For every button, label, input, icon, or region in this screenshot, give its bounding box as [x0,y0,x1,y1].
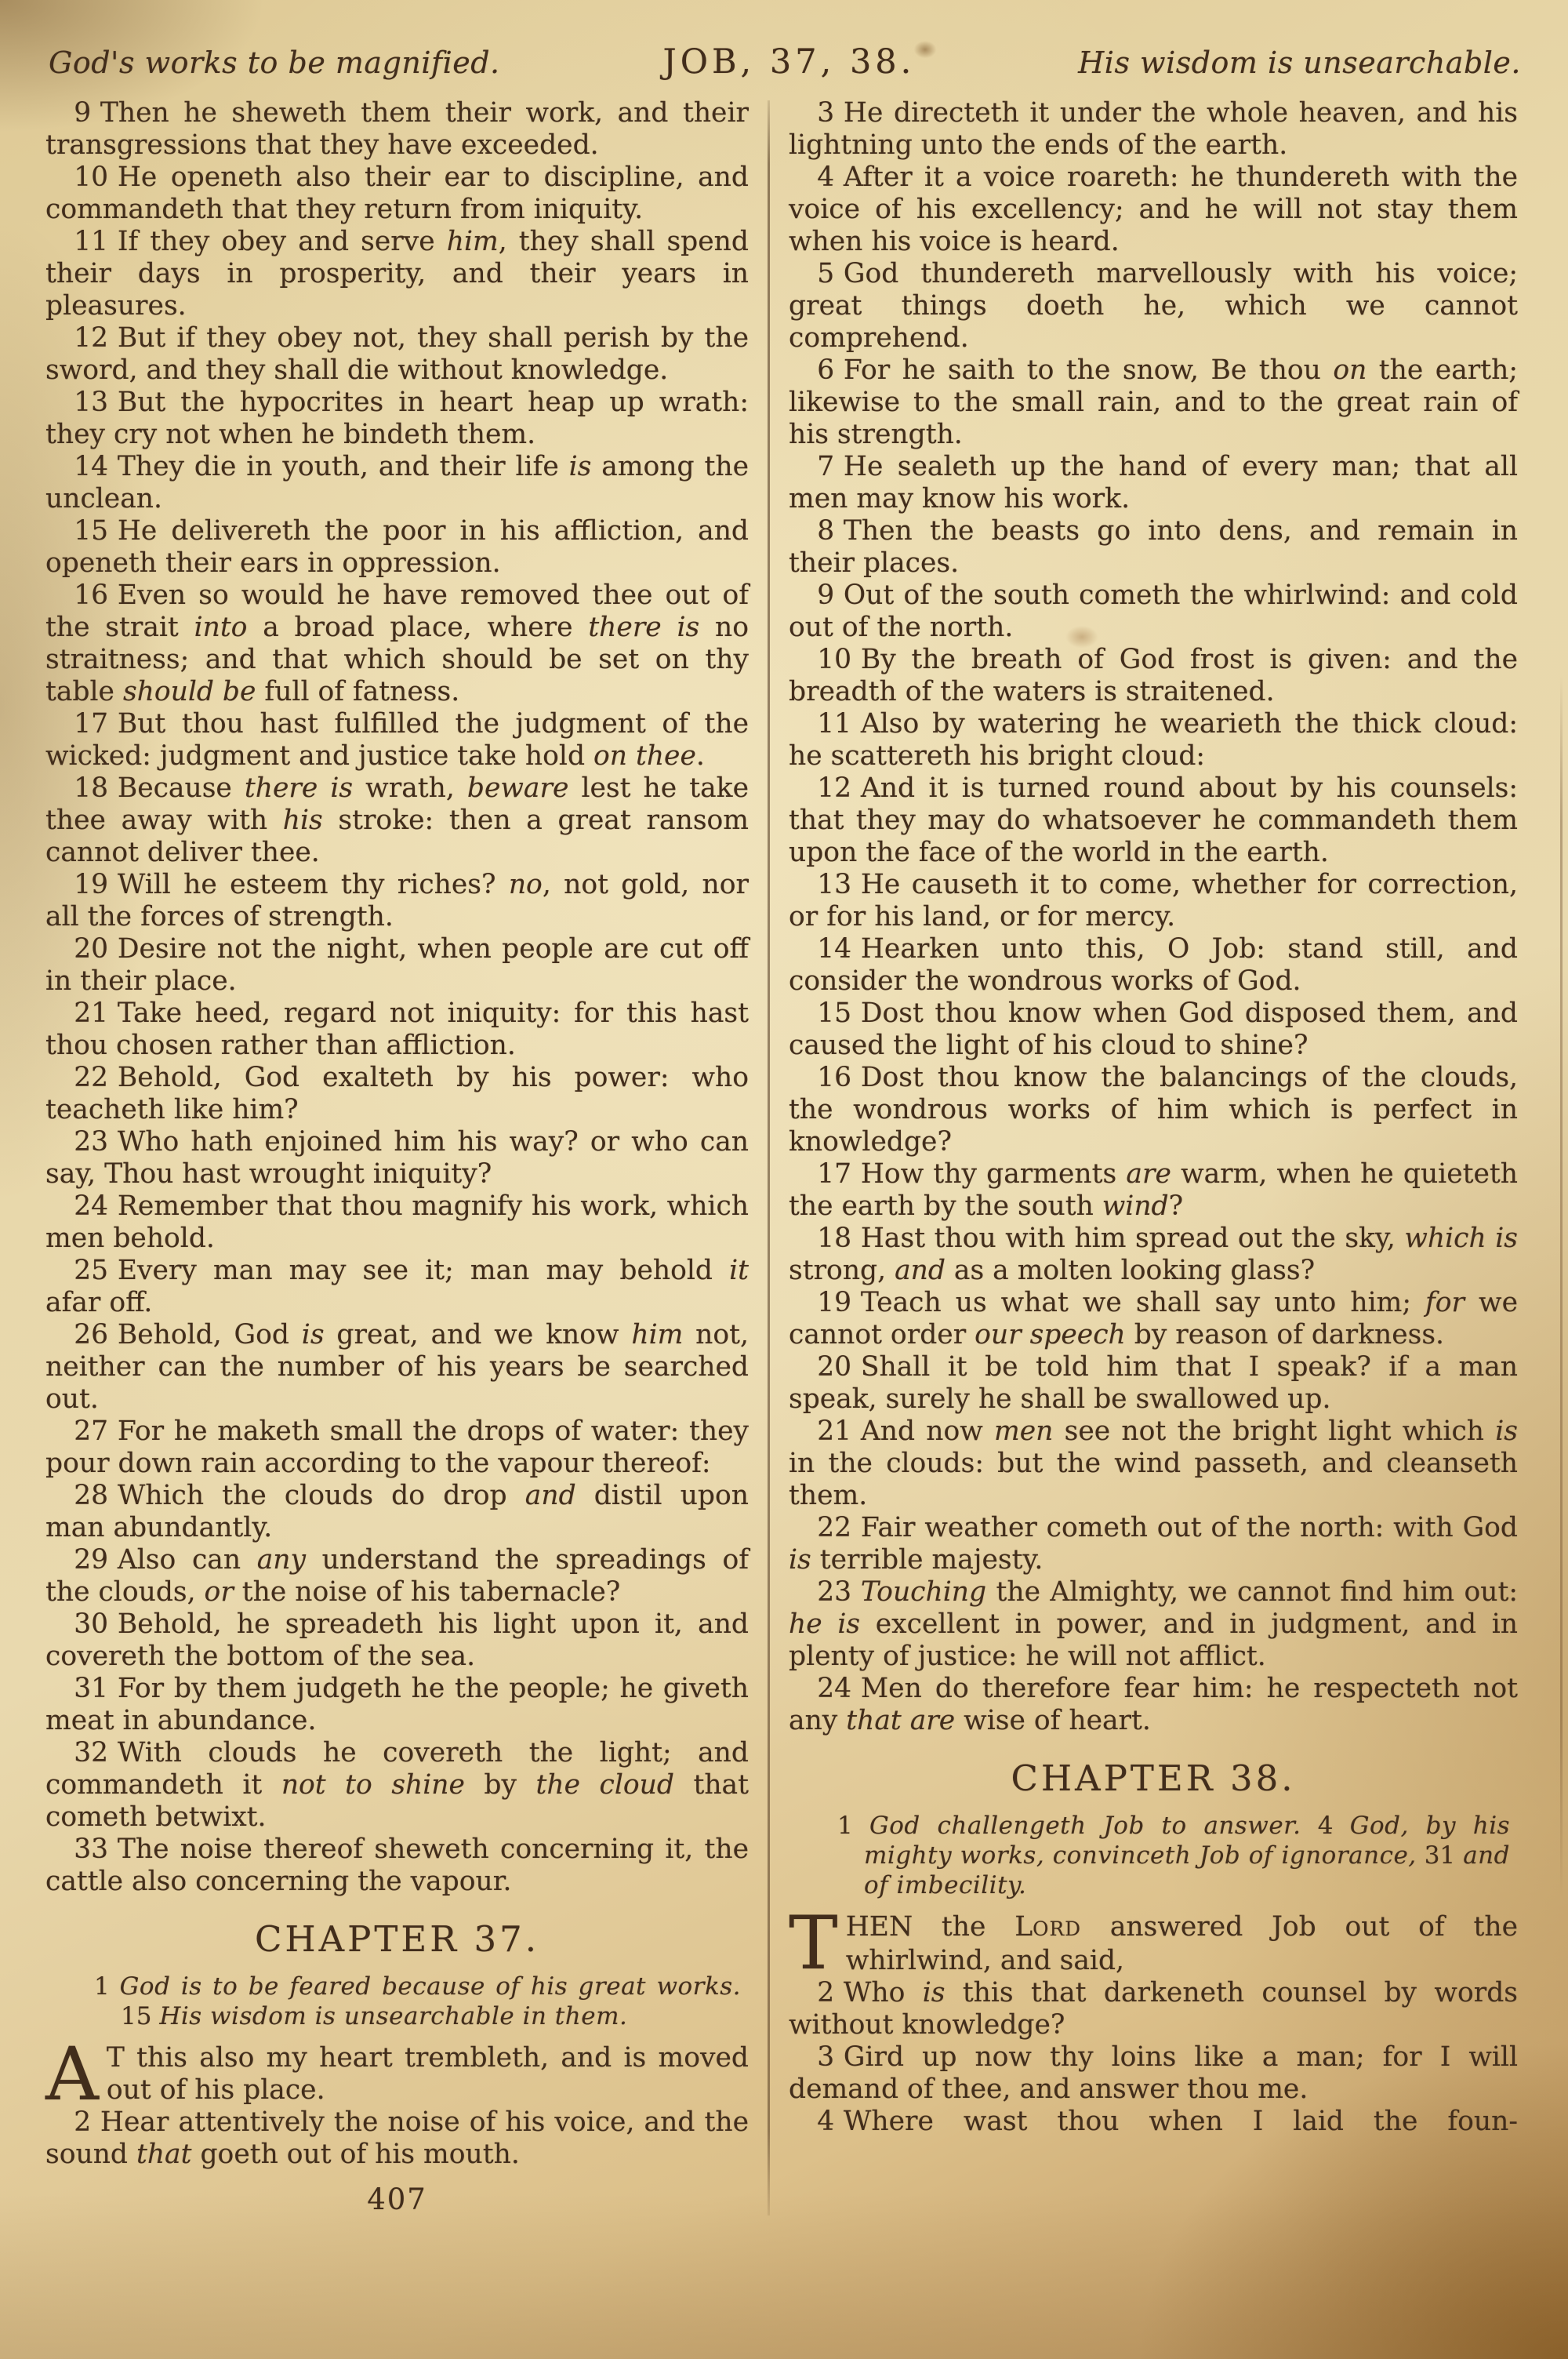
verse-text: The noise thereof sheweth concerning it,… [45,1834,749,1897]
verse-number: 28 [74,1480,108,1511]
verse-number: 3 [817,97,834,129]
verse: 19Teach us what we shall say unto him; f… [789,1287,1518,1351]
verse-number: 22 [74,1062,108,1093]
verse: 4Where wast thou when I laid the foun- [789,2106,1518,2138]
verse: 6For he saith to the snow, Be thou on th… [789,354,1518,451]
verse-number: 14 [817,933,851,965]
verse: 5God thundereth marvellously with his vo… [789,258,1518,354]
verse: 28Which the clouds do drop and distil up… [45,1480,749,1544]
verse: 19Will he esteem thy riches? no, not gol… [45,869,749,933]
verse: 24Men do therefore fear him: he respecte… [789,1673,1518,1737]
verse-text: He sealeth up the hand of every man; tha… [789,451,1518,514]
verse-number: 2 [817,1977,834,2008]
verse: 13He causeth it to come, whether for cor… [789,869,1518,933]
verse-text: Remember that thou magnify his work, whi… [45,1190,749,1254]
verse: 3He directeth it under the whole heaven,… [789,97,1518,162]
verse-ch38-1: THEN the LORD answered Job out of the wh… [789,1911,1518,1977]
verse-number: 12 [817,772,851,804]
job-38-verses: 2Who is this that darkeneth counsel by w… [789,1977,1518,2138]
verse-number: 32 [74,1737,108,1768]
verse: 2Who is this that darkeneth counsel by w… [789,1977,1518,2041]
verse: 3Gird up now thy loins like a man; for I… [789,2041,1518,2106]
verse-text: For by them judgeth he the people; he gi… [45,1673,749,1736]
verse-number: 23 [74,1126,108,1158]
verse: 21Take heed, regard not iniquity: for th… [45,998,749,1062]
verse-text: Because there is wrath, beware lest he t… [45,772,749,868]
verse: 11If they obey and serve him, they shall… [45,226,749,322]
verse: 24Remember that thou magnify his work, w… [45,1190,749,1255]
verse-number: 5 [817,258,834,289]
page-number: 407 [45,2183,749,2215]
verse-text: God thundereth marvellously with his voi… [789,258,1518,354]
verse-number: 2 [74,2106,91,2138]
verse-text: Where wast thou when I laid the foun- [844,2106,1518,2137]
verse: 12And it is turned round about by his co… [789,772,1518,869]
verse-text: And it is turned round about by his coun… [789,772,1518,868]
verse-number: 12 [74,322,108,354]
job-37-verses-left: 2Hear attentively the noise of his voice… [45,2106,749,2171]
job-36-verses: 9Then he sheweth them their work, and th… [45,97,749,1898]
verse: 4After it a voice roareth: he thundereth… [789,162,1518,258]
verse-text: Then the beasts go into dens, and remain… [789,515,1518,579]
verse: 16Dost thou know the balancings of the c… [789,1062,1518,1158]
verse-number: 17 [817,1158,851,1190]
verse-text: How thy garments are warm, when he quiet… [789,1158,1518,1222]
verse-number: 21 [817,1416,851,1447]
verse-text: Shall it be told him that I speak? if a … [789,1351,1518,1415]
verse: 30Behold, he spreadeth his light upon it… [45,1608,749,1673]
verse: 10He openeth also their ear to disciplin… [45,162,749,226]
verse-text: Out of the south cometh the whirlwind: a… [789,580,1518,643]
verse-number: 25 [74,1255,108,1286]
verse: 26Behold, God is great, and we know him … [45,1319,749,1416]
verse-text: Dost thou know the balancings of the clo… [789,1062,1518,1158]
verse: 9Out of the south cometh the whirlwind: … [789,580,1518,644]
verse-number: 30 [74,1608,108,1640]
running-head-right: His wisdom is unsearchable. [1078,45,1521,80]
verse-text: Who hath enjoined him his way? or who ca… [45,1126,749,1190]
verse-number: 19 [74,869,108,900]
verse-text: He directeth it under the whole heaven, … [789,97,1518,161]
verse-number: 24 [74,1190,108,1222]
right-column: 3He directeth it under the whole heaven,… [789,97,1518,2215]
verse-number: 9 [817,580,834,611]
verse-number: 23 [817,1576,851,1608]
adjacent-page-edge-shadow [1560,674,1563,1898]
verse-text: After it a voice roareth: he thundereth … [789,162,1518,257]
verse: 8Then the beasts go into dens, and remai… [789,515,1518,580]
verse-text: Which the clouds do drop and distil upon… [45,1480,749,1543]
verse-number: 13 [817,869,851,900]
verse-text: Desire not the night, when people are cu… [45,933,749,997]
left-column: 9Then he sheweth them their work, and th… [45,97,749,2215]
verse-text: For he maketh small the drops of water: … [45,1416,749,1479]
verse-number: 18 [817,1223,851,1254]
verse-number: 10 [74,162,108,193]
verse: 2Hear attentively the noise of his voice… [45,2106,749,2171]
book-page: God's works to be magnified. JOB, 37, 38… [0,0,1568,2359]
verse: 29Also can any understand the spreadings… [45,1544,749,1608]
verse-text: Teach us what we shall say unto him; for… [789,1287,1518,1350]
verse-text: Men do therefore fear him: he respecteth… [789,1673,1518,1736]
verse-text: HEN the LORD answered Job out of the whi… [846,1911,1518,1976]
verse-text: Also by watering he wearieth the thick c… [789,708,1518,772]
verse-text: With clouds he covereth the light; and c… [45,1737,749,1833]
verse: 14They die in youth, and their life is a… [45,451,749,515]
verse-text: Every man may see it; man may behold it … [45,1255,749,1318]
verse-number: 15 [74,515,108,547]
verse-number: 19 [817,1287,851,1318]
chapter-38-heading: CHAPTER 38. [789,1759,1518,1798]
column-divider-rule [768,100,770,2215]
verse-ch37-1: AT this also my heart trembleth, and is … [45,2042,749,2106]
chapter-37-summary: 1 God is to be feared because of his gre… [45,1972,741,2031]
verse-text: But the hypocrites in heart heap up wrat… [45,387,749,450]
chapter-38-summary: 1 God challengeth Job to answer. 4 God, … [789,1811,1510,1900]
verse-text: Hast thou with him spread out the sky, w… [789,1223,1518,1286]
verse-text: He delivereth the poor in his affliction… [45,515,749,579]
verse: 14Hearken unto this, O Job: stand still,… [789,933,1518,998]
verse: 25Every man may see it; man may behold i… [45,1255,749,1319]
verse-text: By the breath of God frost is given: and… [789,644,1518,707]
verse-text: For he saith to the snow, Be thou on the… [789,354,1518,450]
verse-number: 31 [74,1673,108,1704]
verse-text: Fair weather cometh out of the north: wi… [789,1512,1518,1576]
verse-text: Then he sheweth them their work, and the… [45,97,749,161]
verse-number: 21 [74,998,108,1029]
verse-number: 26 [74,1319,108,1350]
verse-text: And now men see not the bright light whi… [789,1416,1518,1511]
verse-number: 16 [817,1062,851,1093]
verse: 17How thy garments are warm, when he qui… [789,1158,1518,1223]
verse-text: Behold, he spreadeth his light upon it, … [45,1608,749,1672]
verse-number: 11 [74,226,108,257]
verse: 10By the breath of God frost is given: a… [789,644,1518,708]
verse: 12But if they obey not, they shall peris… [45,322,749,387]
verse: 7He sealeth up the hand of every man; th… [789,451,1518,515]
verse-text: But if they obey not, they shall perish … [45,322,749,386]
verse: 22Fair weather cometh out of the north: … [789,1512,1518,1576]
verse-text: Hear attentively the noise of his voice,… [45,2106,749,2170]
verse-text: If they obey and serve him, they shall s… [45,226,749,322]
verse-number: 20 [817,1351,851,1383]
verse-number: 7 [817,451,834,482]
verse-text: Hearken unto this, O Job: stand still, a… [789,933,1518,997]
verse-number: 4 [817,2106,834,2137]
verse: 16Even so would he have removed thee out… [45,580,749,708]
verse: 15Dost thou know when God disposed them,… [789,998,1518,1062]
verse-text: Even so would he have removed thee out o… [45,580,749,707]
verse-number: 27 [74,1416,108,1447]
verse-text: Touching the Almighty, we cannot find hi… [789,1576,1518,1672]
scanned-bible-page: { "colors": { "paper": "#e8d7a9", "ink":… [0,0,1568,2359]
verse-number: 8 [817,515,834,547]
running-head: God's works to be magnified. JOB, 37, 38… [45,30,1526,97]
verse-number: 10 [817,644,851,675]
drop-cap-a: A [45,2042,107,2102]
verse: 23Who hath enjoined him his way? or who … [45,1126,749,1190]
verse: 31For by them judgeth he the people; he … [45,1673,749,1737]
verse: 13But the hypocrites in heart heap up wr… [45,387,749,451]
verse-text: Who is this that darkeneth counsel by wo… [789,1977,1518,2041]
verse-number: 24 [817,1673,851,1704]
verse-number: 29 [74,1544,108,1576]
verse-text: Will he esteem thy riches? no, not gold,… [45,869,749,932]
verse-text: He openeth also their ear to discipline,… [45,162,749,225]
verse: 11Also by watering he wearieth the thick… [789,708,1518,772]
verse-text: He causeth it to come, whether for corre… [789,869,1518,932]
verse-text: Also can any understand the spreadings o… [45,1544,749,1608]
verse-number: 4 [817,162,834,193]
verse-number: 20 [74,933,108,965]
verse-number: 6 [817,354,834,386]
running-head-left: God's works to be magnified. [49,45,500,80]
verse-number: 13 [74,387,108,418]
verse-number: 33 [74,1834,108,1865]
verse-number: 15 [817,998,851,1029]
verse-text: T this also my heart trembleth, and is m… [107,2042,749,2106]
verse-number: 18 [74,772,108,804]
job-37-verses-right: 3He directeth it under the whole heaven,… [789,97,1518,1737]
drop-cap-t: T [789,1911,846,1971]
verse: 32With clouds he covereth the light; and… [45,1737,749,1834]
verse-number: 22 [817,1512,851,1543]
verse-text: They die in youth, and their life is amo… [45,451,749,514]
verse-text: Behold, God is great, and we know him no… [45,1319,749,1415]
verse: 18Hast thou with him spread out the sky,… [789,1223,1518,1287]
verse-number: 16 [74,580,108,611]
text-columns: 9Then he sheweth them their work, and th… [45,97,1526,2215]
verse-text: But thou hast fulfilled the judgment of … [45,708,749,772]
verse: 18Because there is wrath, beware lest he… [45,772,749,869]
running-head-book-chapters: JOB, 37, 38. [662,42,915,82]
verse: 17But thou hast fulfilled the judgment o… [45,708,749,772]
verse: 23Touching the Almighty, we cannot find … [789,1576,1518,1673]
verse-number: 9 [74,97,91,129]
verse: 33The noise thereof sheweth concerning i… [45,1834,749,1898]
verse: 20Desire not the night, when people are … [45,933,749,998]
verse: 21And now men see not the bright light w… [789,1416,1518,1512]
verse-number: 3 [817,2041,834,2073]
verse-number: 11 [817,708,851,740]
chapter-37-heading: CHAPTER 37. [45,1920,749,1959]
verse-text: Behold, God exalteth by his power: who t… [45,1062,749,1125]
verse-text: Dost thou know when God disposed them, a… [789,998,1518,1061]
verse: 22Behold, God exalteth by his power: who… [45,1062,749,1126]
verse: 15He delivereth the poor in his afflicti… [45,515,749,580]
verse: 9Then he sheweth them their work, and th… [45,97,749,162]
verse-number: 17 [74,708,108,740]
verse-text: Take heed, regard not iniquity: for this… [45,998,749,1061]
verse: 20Shall it be told him that I speak? if … [789,1351,1518,1416]
verse: 27For he maketh small the drops of water… [45,1416,749,1480]
verse-number: 14 [74,451,108,482]
verse-text: Gird up now thy loins like a man; for I … [789,2041,1518,2105]
